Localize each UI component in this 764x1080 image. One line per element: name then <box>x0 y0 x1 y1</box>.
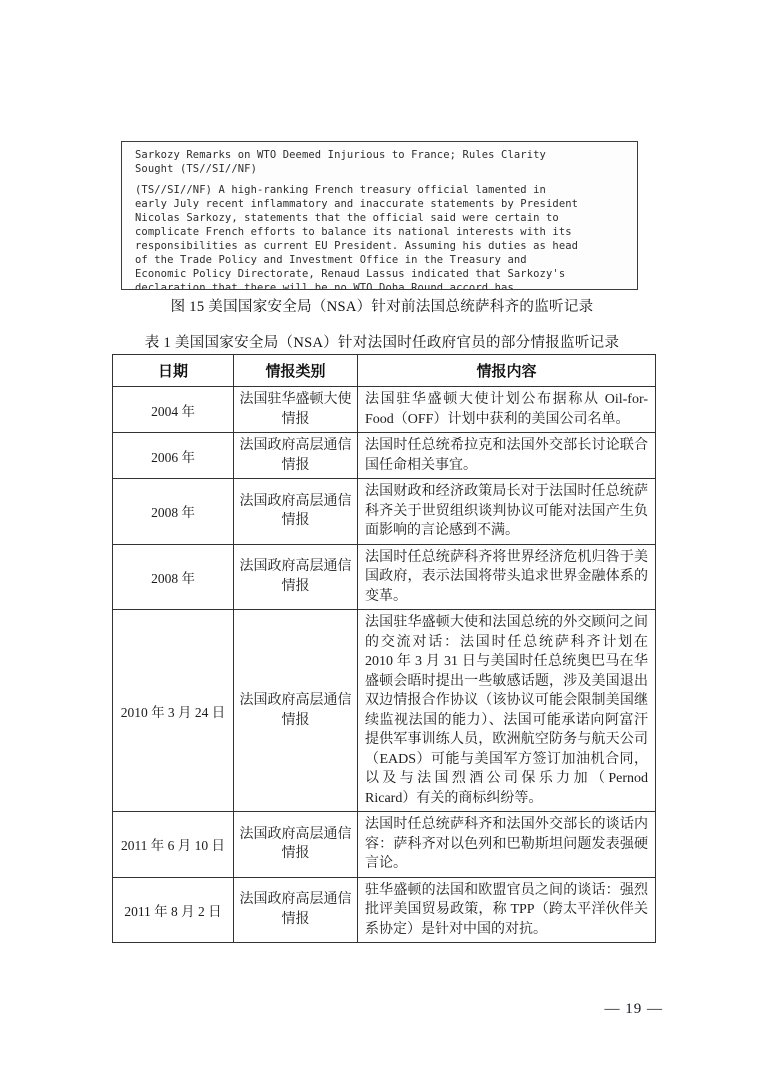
table-header-row: 日期 情报类别 情报内容 <box>113 355 656 387</box>
cell-category: 法国政府高层通信情报 <box>234 544 358 610</box>
code-line: declaration that there will be no WTO Do… <box>135 281 624 290</box>
cell-content: 法国财政和经济政策局长对于法国时任总统萨科齐关于世贸组织谈判协议可能对法国产生负… <box>358 479 656 545</box>
cell-category: 法国驻华盛顿大使情报 <box>234 387 358 433</box>
cell-date: 2006 年 <box>113 433 234 479</box>
document-page: Sarkozy Remarks on WTO Deemed Injurious … <box>0 0 764 1080</box>
code-line: responsibilities as current EU President… <box>135 239 624 253</box>
nsa-intercept-excerpt-box: Sarkozy Remarks on WTO Deemed Injurious … <box>121 141 638 290</box>
header-date: 日期 <box>113 355 234 387</box>
cell-content: 法国驻华盛顿大使和法国总统的外交顾问之间的交流对话：法国时任总统萨科齐计划在 2… <box>358 610 656 812</box>
table-row: 2006 年 法国政府高层通信情报 法国时任总统希拉克和法国外交部长讨论联合国任… <box>113 433 656 479</box>
header-content: 情报内容 <box>358 355 656 387</box>
cell-category: 法国政府高层通信情报 <box>234 812 358 878</box>
cell-date: 2011 年 6 月 10 日 <box>113 812 234 878</box>
cell-content: 法国时任总统希拉克和法国外交部长讨论联合国任命相关事宜。 <box>358 433 656 479</box>
figure-caption: 图 15 美国国家安全局（NSA）针对前法国总统萨科齐的监听记录 <box>0 295 764 316</box>
code-line: early July recent inflammatory and inacc… <box>135 197 624 211</box>
table-row: 2008 年 法国政府高层通信情报 法国财政和经济政策局长对于法国时任总统萨科齐… <box>113 479 656 545</box>
code-line <box>135 176 624 183</box>
code-line: Sought (TS//SI//NF) <box>135 162 624 176</box>
table-row: 2011 年 8 月 2 日 法国政府高层通信情报 驻华盛顿的法国和欧盟官员之间… <box>113 877 656 943</box>
table-row: 2004 年 法国驻华盛顿大使情报 法国驻华盛顿大使计划公布据称从 Oil-fo… <box>113 387 656 433</box>
cell-category: 法国政府高层通信情报 <box>234 877 358 943</box>
cell-category: 法国政府高层通信情报 <box>234 433 358 479</box>
cell-category: 法国政府高层通信情报 <box>234 610 358 812</box>
code-line: Nicolas Sarkozy, statements that the off… <box>135 211 624 225</box>
code-line: Sarkozy Remarks on WTO Deemed Injurious … <box>135 148 624 162</box>
header-category: 情报类别 <box>234 355 358 387</box>
code-line: Economic Policy Directorate, Renaud Lass… <box>135 267 624 281</box>
cell-date: 2011 年 8 月 2 日 <box>113 877 234 943</box>
cell-content: 法国驻华盛顿大使计划公布据称从 Oil-for-Food（OFF）计划中获利的美… <box>358 387 656 433</box>
cell-date: 2008 年 <box>113 544 234 610</box>
cell-content: 驻华盛顿的法国和欧盟官员之间的谈话：强烈批评美国贸易政策，称 TPP（跨太平洋伙… <box>358 877 656 943</box>
page-number: — 19 — <box>605 1001 664 1018</box>
table-row: 2011 年 6 月 10 日 法国政府高层通信情报 法国时任总统萨科齐和法国外… <box>113 812 656 878</box>
intel-records-table: 日期 情报类别 情报内容 2004 年 法国驻华盛顿大使情报 法国驻华盛顿大使计… <box>112 354 656 943</box>
cell-date: 2008 年 <box>113 479 234 545</box>
table-caption: 表 1 美国国家安全局（NSA）针对法国时任政府官员的部分情报监听记录 <box>0 331 764 352</box>
code-line: complicate French efforts to balance its… <box>135 225 624 239</box>
table-row: 2010 年 3 月 24 日 法国政府高层通信情报 法国驻华盛顿大使和法国总统… <box>113 610 656 812</box>
code-line: of the Trade Policy and Investment Offic… <box>135 253 624 267</box>
cell-date: 2010 年 3 月 24 日 <box>113 610 234 812</box>
cell-content: 法国时任总统萨科齐将世界经济危机归咎于美国政府，表示法国将带头追求世界金融体系的… <box>358 544 656 610</box>
table-row: 2008 年 法国政府高层通信情报 法国时任总统萨科齐将世界经济危机归咎于美国政… <box>113 544 656 610</box>
cell-content: 法国时任总统萨科齐和法国外交部长的谈话内容：萨科齐对以色列和巴勒斯坦问题发表强硬… <box>358 812 656 878</box>
cell-date: 2004 年 <box>113 387 234 433</box>
code-line: (TS//SI//NF) A high-ranking French treas… <box>135 183 624 197</box>
cell-category: 法国政府高层通信情报 <box>234 479 358 545</box>
